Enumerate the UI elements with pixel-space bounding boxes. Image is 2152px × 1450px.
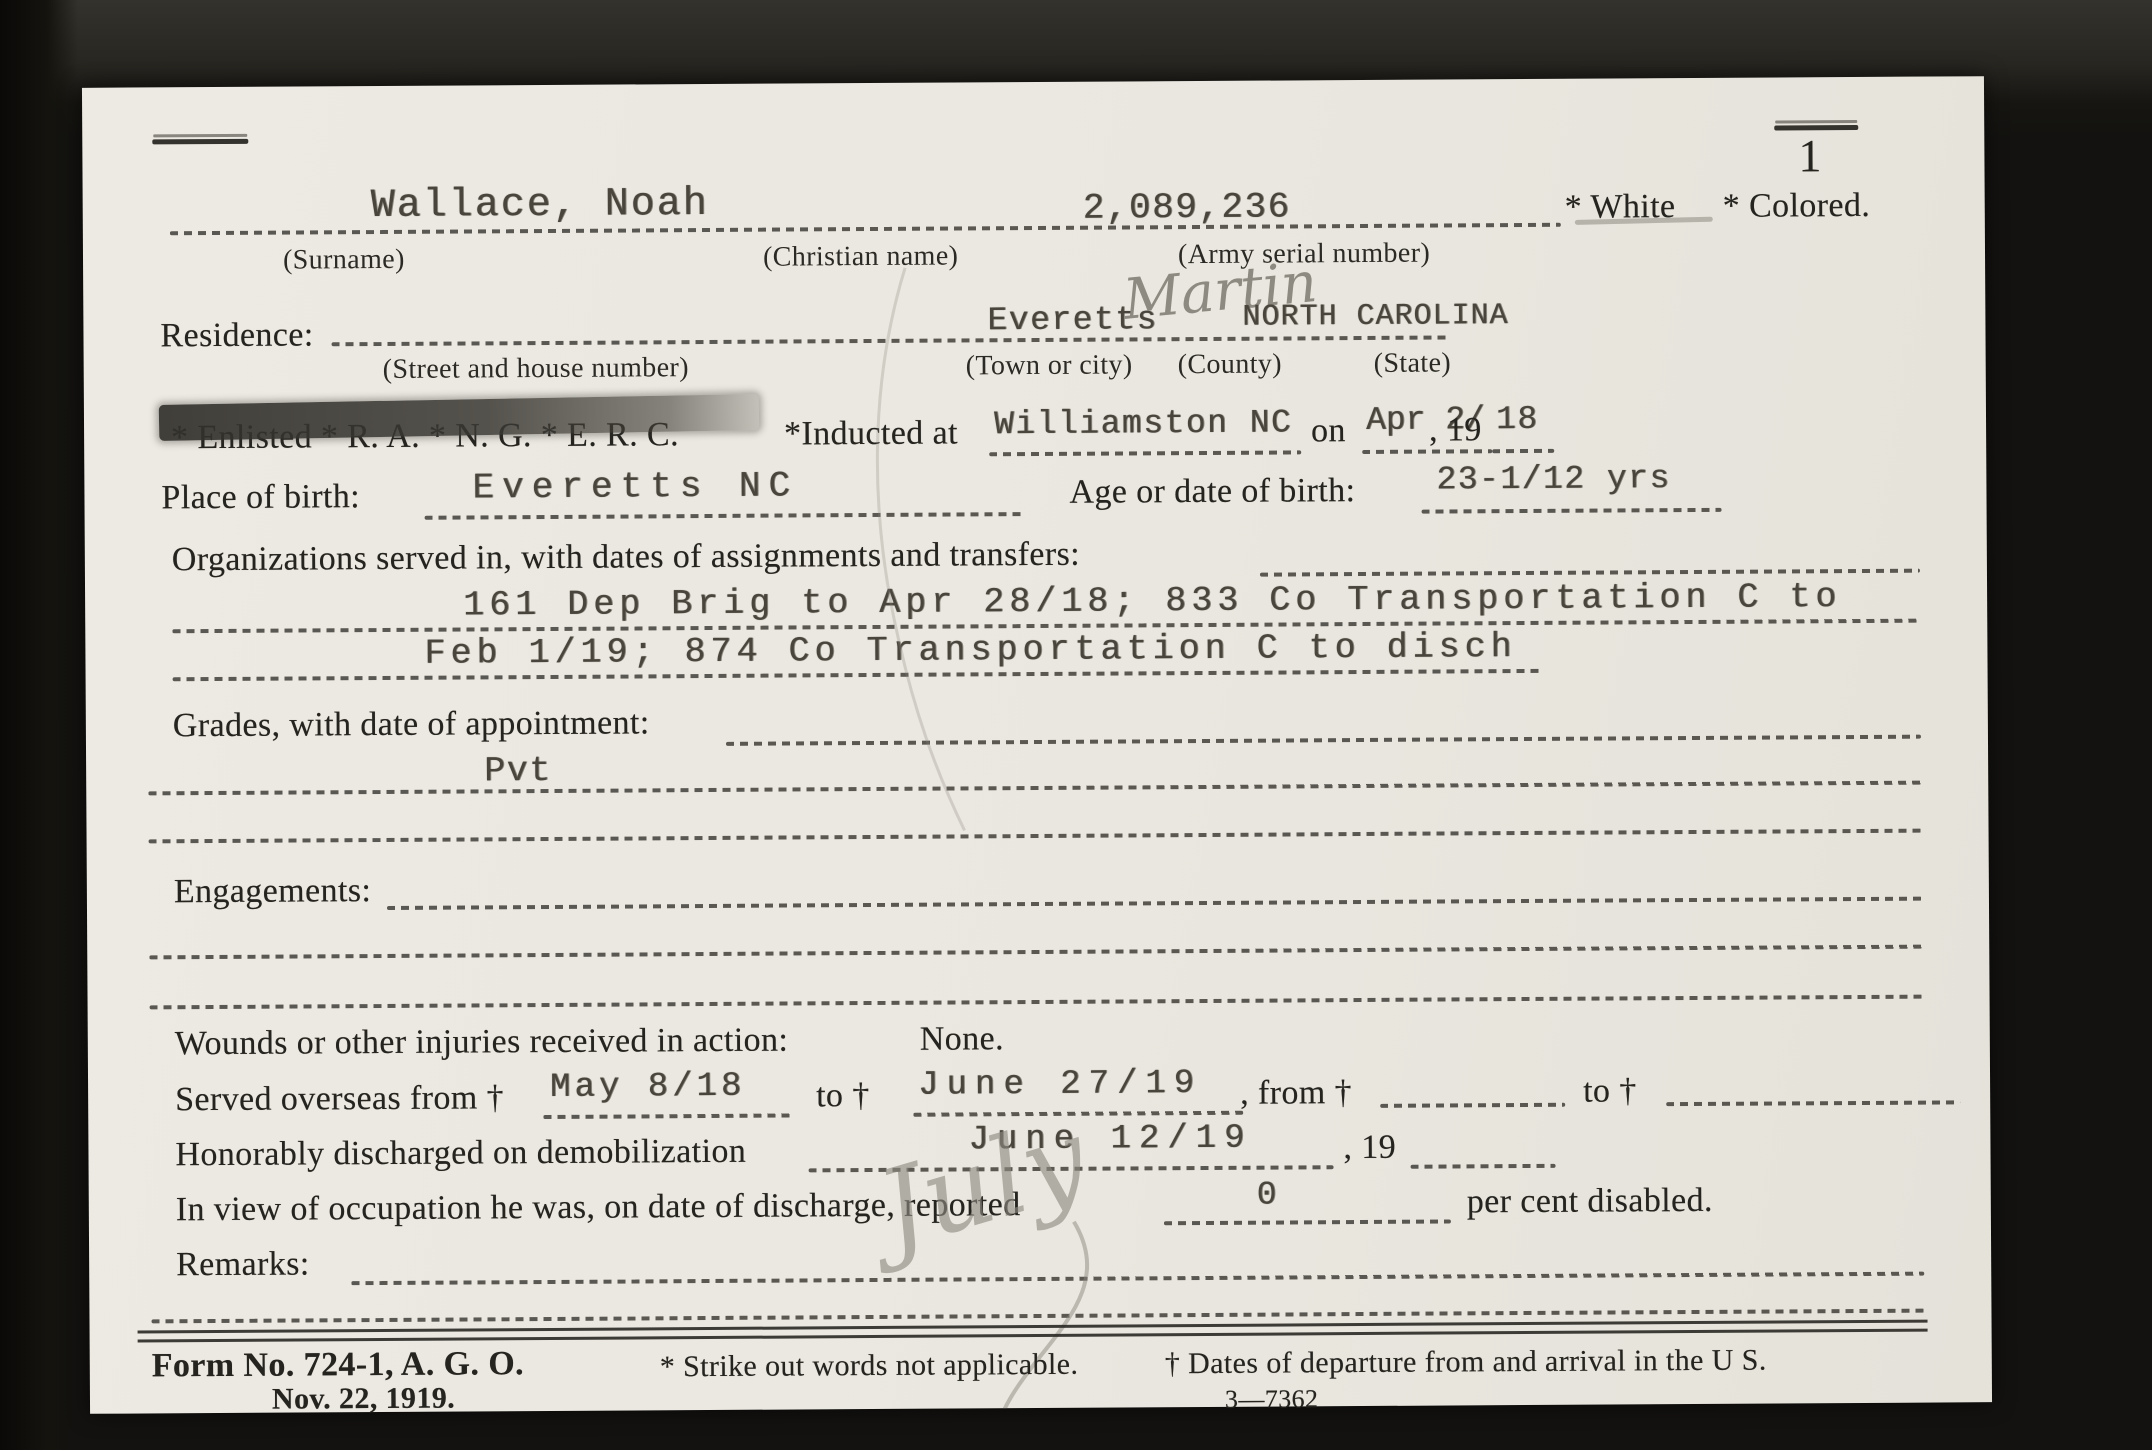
age-typed: 23-1/12 yrs [1436, 460, 1671, 498]
overseas-from-label: Served overseas from † [175, 1079, 504, 1119]
dotted-line [148, 781, 1921, 796]
dotted-line [726, 735, 1921, 746]
dotted-line [1380, 1103, 1565, 1108]
overseas-from2-label: , from † [1240, 1074, 1352, 1113]
engagements-label: Engagements: [174, 872, 372, 911]
organizations-label: Organizations served in, with dates of a… [172, 536, 1080, 580]
dotted-line [1492, 449, 1554, 453]
print-code: 3—7362 [1225, 1384, 1319, 1415]
grade-typed: Pvt [484, 751, 552, 791]
dotted-line [1422, 508, 1722, 514]
induction-year-typed: 18 [1496, 401, 1539, 438]
dotted-line [989, 450, 1301, 456]
grades-label: Grades, with date of appointment: [173, 704, 650, 745]
year-19-label: , 19 [1429, 411, 1482, 449]
dotted-line [332, 335, 1452, 346]
street-caption: (Street and house number) [383, 352, 689, 386]
scan-edge-shadow [0, 0, 78, 1450]
wounds-value: None. [920, 1020, 1004, 1059]
place-of-birth-label: Place of birth: [161, 478, 360, 517]
organizations-line1-typed: 161 Dep Brig to Apr 28/18; 833 Co Transp… [463, 577, 1841, 625]
dotted-line [1411, 1164, 1556, 1169]
age-label: Age or date of birth: [1069, 472, 1355, 512]
dotted-line [149, 829, 1922, 844]
dotted-line [913, 1111, 1243, 1117]
surname-caption: (Surname) [283, 244, 405, 277]
dotted-line [387, 897, 1922, 910]
dotted-line [150, 995, 1923, 1010]
dotted-line [1362, 449, 1492, 454]
corner-mark-left [152, 139, 248, 145]
dotted-line [1260, 569, 1920, 577]
scanned-document-background: 1 Wallace, Noah 2,089,236 * White * Colo… [0, 0, 2152, 1450]
county-caption: (County) [1178, 348, 1283, 381]
service-record-card: 1 Wallace, Noah 2,089,236 * White * Colo… [82, 76, 1992, 1414]
dotted-line [543, 1113, 793, 1119]
dotted-line [149, 945, 1922, 960]
organizations-line2-typed: Feb 1/19; 874 Co Transportation C to dis… [424, 627, 1516, 674]
christian-name-caption: (Christian name) [763, 240, 959, 273]
overseas-to2-label: to † [1583, 1072, 1637, 1110]
strike-out-note: * Strike out words not applicable. [660, 1348, 1079, 1385]
town-caption: (Town or city) [966, 349, 1133, 382]
dagger-note: † Dates of departure from and arrival in… [1165, 1344, 1767, 1382]
dotted-line [351, 1272, 1924, 1286]
overseas-to-label: to † [816, 1077, 870, 1115]
dotted-line [1666, 1100, 1960, 1106]
state-caption: (State) [1374, 347, 1452, 379]
disability-suffix-label: per cent disabled. [1467, 1182, 1713, 1222]
discharge-year-label: , 19 [1343, 1129, 1396, 1167]
dotted-line [425, 512, 1025, 520]
name-typed-value: Wallace, Noah [371, 182, 709, 229]
wounds-label: Wounds or other injuries received in act… [175, 1022, 789, 1064]
overseas-from-typed: May 8/18 [550, 1068, 745, 1107]
colored-option-label: * Colored. [1723, 187, 1871, 226]
inducted-at-label: *Inducted at [784, 414, 958, 453]
page-number: 1 [1798, 129, 1822, 182]
discharge-label: Honorably discharged on demobilization [175, 1133, 746, 1174]
remarks-label: Remarks: [176, 1245, 310, 1284]
on-label: on [1311, 412, 1346, 450]
induction-place-typed: Williamston NC [994, 404, 1292, 443]
form-date: Nov. 22, 1919. [272, 1382, 455, 1417]
pencil-month-handwritten: July [865, 1096, 1100, 1275]
residence-label: Residence: [160, 316, 313, 355]
birthplace-typed: Everetts NC [472, 465, 798, 508]
form-number: Form No. 724-1, A. G. O. [152, 1345, 524, 1385]
disability-value-typed: 0 [1257, 1177, 1279, 1214]
dotted-line [1164, 1219, 1451, 1225]
serial-typed-value: 2,089,236 [1083, 186, 1291, 228]
state-typed-value: NORTH CAROLINA [1242, 299, 1508, 335]
